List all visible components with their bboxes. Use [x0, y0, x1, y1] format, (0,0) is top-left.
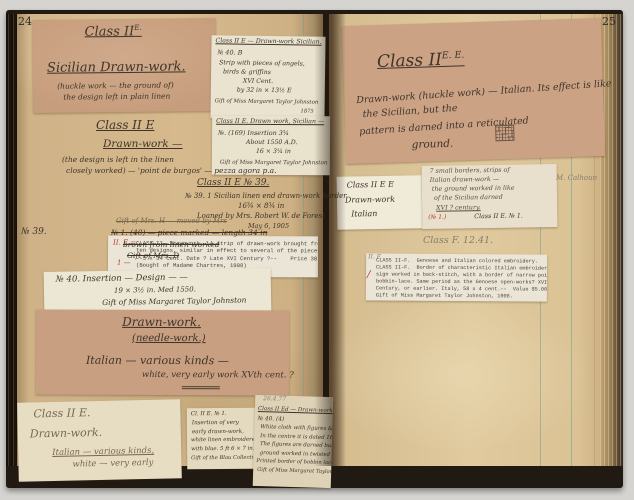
slip-line: XVI ? century. [436, 205, 481, 213]
page-number-left: 24 [18, 15, 32, 28]
double-underline-flourish [182, 386, 220, 389]
slip-line: About 1550 A.D. [246, 140, 297, 147]
slip-line: Drawn-work. [30, 427, 103, 441]
slip-line: XVI Cent. [243, 79, 273, 86]
class-heading: Class IIE. E. [377, 50, 465, 71]
slip-line: № 40. Insertion — Design — — [56, 273, 188, 285]
slip-line: 1875 [300, 109, 313, 115]
slip-line: Class II E — Drawn-work Sicilian. [215, 38, 321, 46]
slip-line: birds & griffins [223, 69, 271, 76]
grid-doodle [495, 125, 514, 142]
pasted-pink-sheet-right: Class IIE. E. Drawn-work (huckle work) —… [342, 18, 605, 164]
no39-line: № 39. 1 Sicilian linen end drawn-work bo… [185, 193, 347, 201]
sicilian-title: Sicilian Drawn-work. [47, 60, 186, 76]
slip-line: White cloth with figures & birds. [260, 425, 333, 433]
pasted-pink-sheet-top-left: Class IIE. Sicilian Drawn-work. (huckle … [33, 18, 217, 113]
scrapbook-photo: 24 25 Class IIE. Sicilian Drawn-work. (h… [0, 0, 634, 500]
class-label-slip: Class II E E Drawn-work Italian [337, 175, 423, 229]
slip-line: 19 × 3½ in. Med 1550. [114, 286, 196, 295]
slip-line: Gift of Miss Margaret Taylor Johnston [102, 296, 246, 307]
class-heading: Class IIE. [85, 24, 142, 40]
pasted-pink-sheet-bottom-left: Drawn-work. (needle-work.) Italian — var… [36, 310, 289, 396]
slip-line: 16 × 3¼ in [256, 149, 291, 156]
catalog-slip-no40: Class II E — Drawn-work Sicilian. № 40. … [210, 35, 325, 120]
pencil-class-f-note: Class F. 12.41. [423, 236, 493, 246]
slip-line: Insertion of very [192, 420, 239, 427]
class-heading-sup: E. [134, 23, 142, 32]
slip-line: Gift of the Blau Collection [191, 456, 257, 462]
margin-number: № 39. [21, 228, 47, 238]
small-insertion-slip: Cl. II E. № 1. Insertion of very early d… [187, 408, 258, 470]
note-line: the design left in plain linen [63, 93, 170, 102]
red-number-annotation: (№ 1.) [428, 215, 446, 222]
class-iie-heading: Class II E [96, 119, 154, 132]
slip-line: Class II Ed — Drawn-work, Italian [258, 406, 333, 415]
no39-line: 16¾ × 8¾ in [238, 203, 284, 211]
red-slash-annotation: ∕ [367, 269, 370, 280]
slip-line: Gift of Miss Margaret Taylor Johnston [257, 468, 333, 477]
sheet-line: the Sicilian, but the [362, 104, 457, 121]
slip-line: № 40. (4) [258, 416, 285, 423]
slip-line: the ground worked in like [432, 186, 515, 194]
slip-line: white — very early [72, 459, 153, 470]
struck-line: brown from linen worked [123, 241, 220, 249]
pencil-date: 26.4.77 [263, 396, 286, 403]
slip-line: №. (169) Insertion 3¾ [218, 130, 289, 137]
slip-line: by 32 in × 13½ E [237, 88, 292, 96]
slip-line: Strip with pieces of angels, [219, 60, 305, 68]
slip-line: of the Sicilian darned [434, 195, 503, 203]
no39-heading: Class II E № 39. [197, 179, 269, 189]
note-line: (huckle work — the ground of) [57, 81, 174, 90]
slip-line: Italian — various kinds, [52, 447, 154, 458]
typed-text: CLASS II-F. Genoese and Italian colored … [376, 257, 547, 300]
slip-line: with blue. 5 ft 6 × 7 in. [191, 447, 254, 453]
sheet-line: Italian — various kinds — [86, 355, 229, 368]
note-line: (the design is left in the linen [62, 156, 174, 164]
seven-borders-slip: 7 small borders, strips of Italian drawn… [422, 164, 558, 229]
book-left-edge [6, 14, 17, 466]
slip-line: Italian drawn-work — [430, 177, 499, 185]
struck-line: № 1. (40) — piece marked — length 34 in [111, 229, 267, 237]
slip-line: Cl. II E. № 1. [191, 411, 227, 417]
slip-line: Italian [351, 210, 377, 219]
struck-line: Gift of Mrs. D [127, 252, 179, 260]
struck-line: Gift of Mrs. H — moved by Mrs [116, 218, 227, 226]
class-heading-text: Class II [377, 50, 442, 72]
drawn-work-subheading: Drawn-work — [103, 139, 183, 151]
sheet-line: Drawn-work (huckle work) — Italian. Its … [356, 79, 612, 106]
sheet-line: Drawn-work. [122, 316, 201, 329]
slip-line: Class II E E [347, 181, 394, 191]
slip-line: Drawn-work [345, 196, 395, 206]
class-heading-text: Class II [85, 24, 135, 40]
page-number-right: 25 [602, 15, 616, 28]
slip-line: white linen embroidered [191, 438, 257, 445]
red-number-annotation: 1 — [117, 260, 131, 268]
slip-line: early drawn-work, [192, 429, 244, 436]
sheet-line: ground. [412, 139, 454, 152]
typed-label-right: II. F. ∕ CLASS II-F. Genoese and Italian… [366, 253, 547, 301]
slip-line: Class II E. [33, 407, 90, 420]
gutter-slip-no40: 26.4.77 Class II Ed — Drawn-work, Italia… [253, 395, 334, 488]
sheet-line: (needle-work.) [132, 333, 206, 344]
pencil-note: M. Calhoun [556, 175, 597, 183]
sheet-line: white, very early work XVth cent. ? [142, 371, 294, 381]
bottom-left-slip: Class II E. Drawn-work. Italian — variou… [17, 399, 182, 481]
slip-line: The figures are darned but the [260, 442, 333, 450]
slip-line: Class II E. Drawn work, Sicilian — [216, 119, 324, 126]
class-heading-sup: E. E. [442, 50, 465, 62]
slip-line: 7 small borders, strips of [430, 168, 510, 176]
note-line: closely worked) — 'point de burgos' — pe… [66, 167, 277, 175]
slip-line: Gift of Miss Margaret Taylor Johnston [215, 99, 319, 106]
slip-line: № 40. B [217, 49, 242, 56]
class-reference: Class II E. № 1. [474, 214, 523, 222]
